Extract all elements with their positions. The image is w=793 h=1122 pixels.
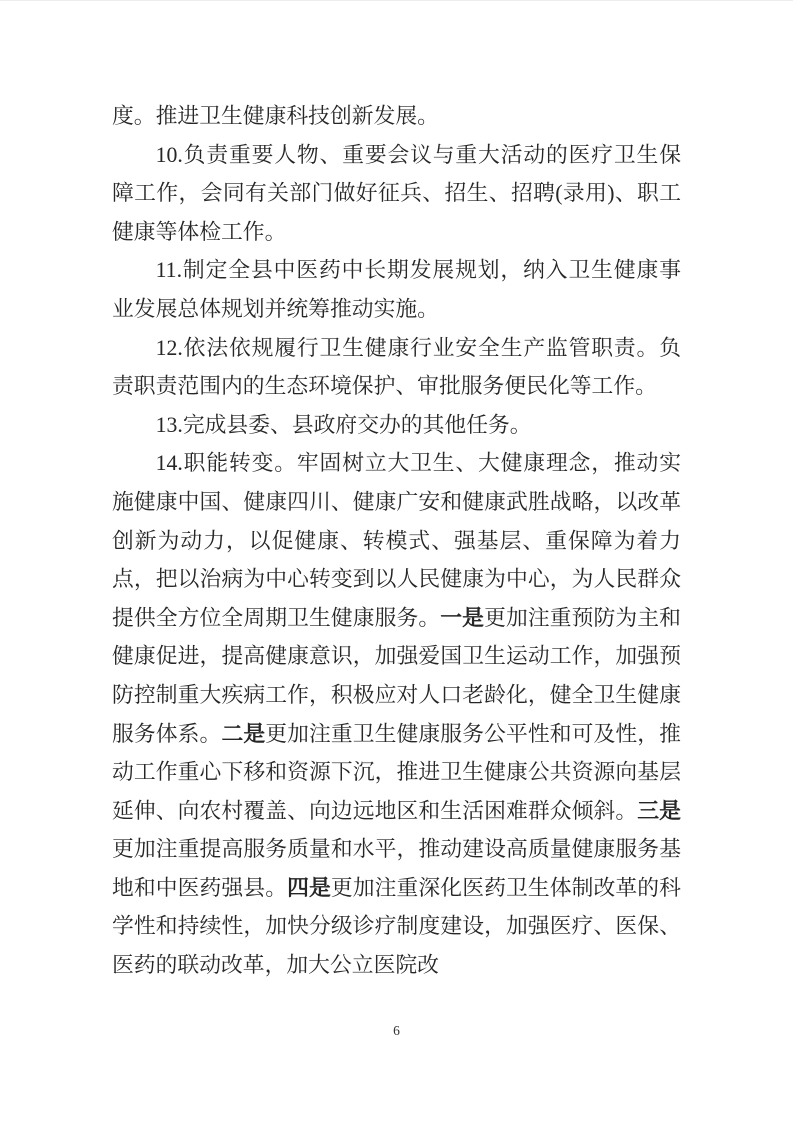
- text-run: 12.依法依规履行卫生健康行业安全生产监管职责。负责职责范围内的生态环境保护、审…: [112, 336, 681, 399]
- emphasis-run: 四是: [287, 876, 331, 900]
- text-run: 11.制定全县中医药中长期发展规划，纳入卫生健康事业发展总体规划并统筹推动实施。: [112, 258, 681, 321]
- paragraph: 10.负责重要人物、重要会议与重大活动的医疗卫生保障工作，会同有关部门做好征兵、…: [112, 136, 681, 252]
- paragraph: 14.职能转变。牢固树立大卫生、大健康理念，推动实施健康中国、健康四川、健康广安…: [112, 444, 681, 984]
- text-run: 14.职能转变。牢固树立大卫生、大健康理念，推动实施健康中国、健康四川、健康广安…: [112, 451, 681, 629]
- document-body: 度。推进卫生健康科技创新发展。10.负责重要人物、重要会议与重大活动的医疗卫生保…: [112, 97, 681, 985]
- text-run: 13.完成县委、县政府交办的其他任务。: [156, 413, 532, 437]
- page-number: 6: [0, 1023, 793, 1039]
- emphasis-run: 一是: [440, 606, 484, 630]
- document-page: 度。推进卫生健康科技创新发展。10.负责重要人物、重要会议与重大活动的医疗卫生保…: [0, 0, 793, 1122]
- text-run: 度。推进卫生健康科技创新发展。: [112, 104, 439, 128]
- emphasis-run: 三是: [637, 799, 681, 823]
- paragraph: 度。推进卫生健康科技创新发展。: [112, 97, 681, 136]
- paragraph: 12.依法依规履行卫生健康行业安全生产监管职责。负责职责范围内的生态环境保护、审…: [112, 329, 681, 406]
- text-run: 10.负责重要人物、重要会议与重大活动的医疗卫生保障工作，会同有关部门做好征兵、…: [112, 143, 681, 244]
- paragraph: 13.完成县委、县政府交办的其他任务。: [112, 406, 681, 445]
- emphasis-run: 二是: [221, 722, 265, 746]
- paragraph: 11.制定全县中医药中长期发展规划，纳入卫生健康事业发展总体规划并统筹推动实施。: [112, 251, 681, 328]
